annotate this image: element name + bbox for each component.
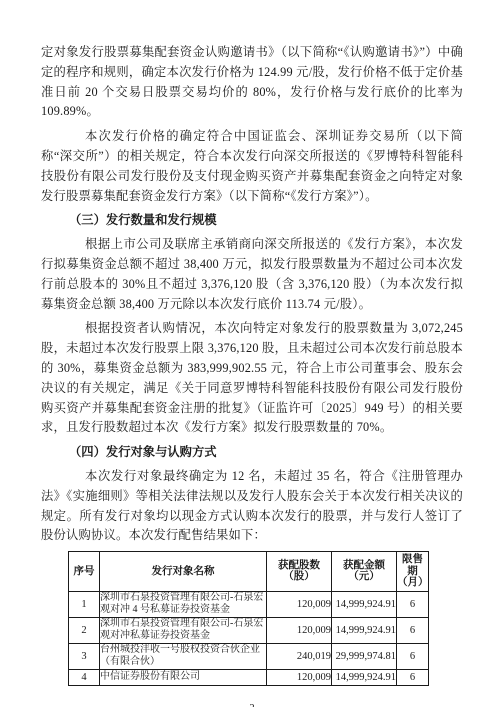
table-header-row: 序号 发行对象名称 获配股数 （股） 获配金额 （元） 限售期 （月）: [69, 552, 429, 592]
col-header-unit: （股）: [267, 571, 331, 583]
page-number: 2: [41, 703, 463, 707]
col-header-amount: 获配金额 （元）: [332, 552, 397, 592]
section-heading-subscription: （四）发行对象与认购方式: [41, 443, 463, 463]
col-header-shares: 获配股数 （股）: [267, 552, 332, 592]
allocated-shares: 120,009: [267, 591, 332, 617]
investor-name: 深圳市石泉投资管理有限公司-石泉宏观对冲私募证券投资基金: [100, 617, 267, 643]
row-index: 4: [69, 669, 100, 685]
table-row: 4 中信证券股份有限公司 120,009 14,999,924.91 6: [69, 669, 429, 685]
paragraph-continuation: 定对象发行股票募集配套资金认购邀请书》（以下简称“《认购邀请书》”）中确定的程序…: [41, 43, 463, 122]
col-header-text: 获配股数: [267, 560, 331, 572]
col-header-text: 获配金额: [332, 560, 396, 572]
col-header-name: 发行对象名称: [100, 552, 267, 592]
paragraph-actual-issue: 根据投资者认购情况，本次向特定对象发行的股票数量为 3,072,245 股，未超…: [41, 319, 463, 438]
table-row: 2 深圳市石泉投资管理有限公司-石泉宏观对冲私募证券投资基金 120,009 1…: [69, 617, 429, 643]
table-row: 1 深圳市石泉投资管理有限公司-石泉宏观对冲 4 号私募证券投资基金 120,0…: [69, 591, 429, 617]
investor-name: 深圳市石泉投资管理有限公司-石泉宏观对冲 4 号私募证券投资基金: [100, 591, 267, 617]
allocated-amount: 29,999,974.81: [332, 643, 397, 669]
document-page: 定对象发行股票募集配套资金认购邀请书》（以下简称“《认购邀请书》”）中确定的程序…: [0, 0, 500, 707]
col-header-index: 序号: [69, 552, 100, 592]
lockup-months: 6: [397, 591, 429, 617]
col-header-unit: （月）: [397, 577, 428, 589]
investor-name: 台州城投沣收一号股权投资合伙企业（有限合伙）: [100, 643, 267, 669]
allocated-amount: 14,999,924.91: [332, 591, 397, 617]
paragraph-proposed-issue: 根据上市公司及联席主承销商向深交所报送的《发行方案》，本次发行拟募集资金总额不超…: [41, 235, 463, 314]
row-index: 3: [69, 643, 100, 669]
allocated-shares: 240,019: [267, 643, 332, 669]
row-index: 1: [69, 591, 100, 617]
row-index: 2: [69, 617, 100, 643]
paragraph-pricing-rules: 本次发行价格的确定符合中国证监会、深圳证券交易所（以下简称“深交所”）的相关规定…: [41, 127, 463, 206]
lockup-months: 6: [397, 669, 429, 685]
col-header-unit: （元）: [332, 571, 396, 583]
col-header-lockup: 限售期 （月）: [397, 552, 429, 592]
allocated-amount: 14,999,924.91: [332, 617, 397, 643]
allocation-table: 序号 发行对象名称 获配股数 （股） 获配金额 （元） 限售期 （月）: [68, 551, 429, 686]
paragraph-subscribers: 本次发行对象最终确定为 12 名，未超过 35 名，符合《注册管理办法》《实施细…: [41, 467, 463, 546]
col-header-text: 限售期: [397, 554, 428, 577]
allocated-shares: 120,009: [267, 617, 332, 643]
lockup-months: 6: [397, 617, 429, 643]
allocated-amount: 14,999,924.91: [332, 669, 397, 685]
lockup-months: 6: [397, 643, 429, 669]
allocated-shares: 120,009: [267, 669, 332, 685]
table-row: 3 台州城投沣收一号股权投资合伙企业（有限合伙） 240,019 29,999,…: [69, 643, 429, 669]
investor-name: 中信证券股份有限公司: [100, 669, 267, 685]
section-heading-issue-size: （三）发行数量和发行规模: [41, 211, 463, 231]
col-header-text: 发行对象名称: [100, 566, 266, 578]
col-header-text: 序号: [69, 566, 99, 578]
